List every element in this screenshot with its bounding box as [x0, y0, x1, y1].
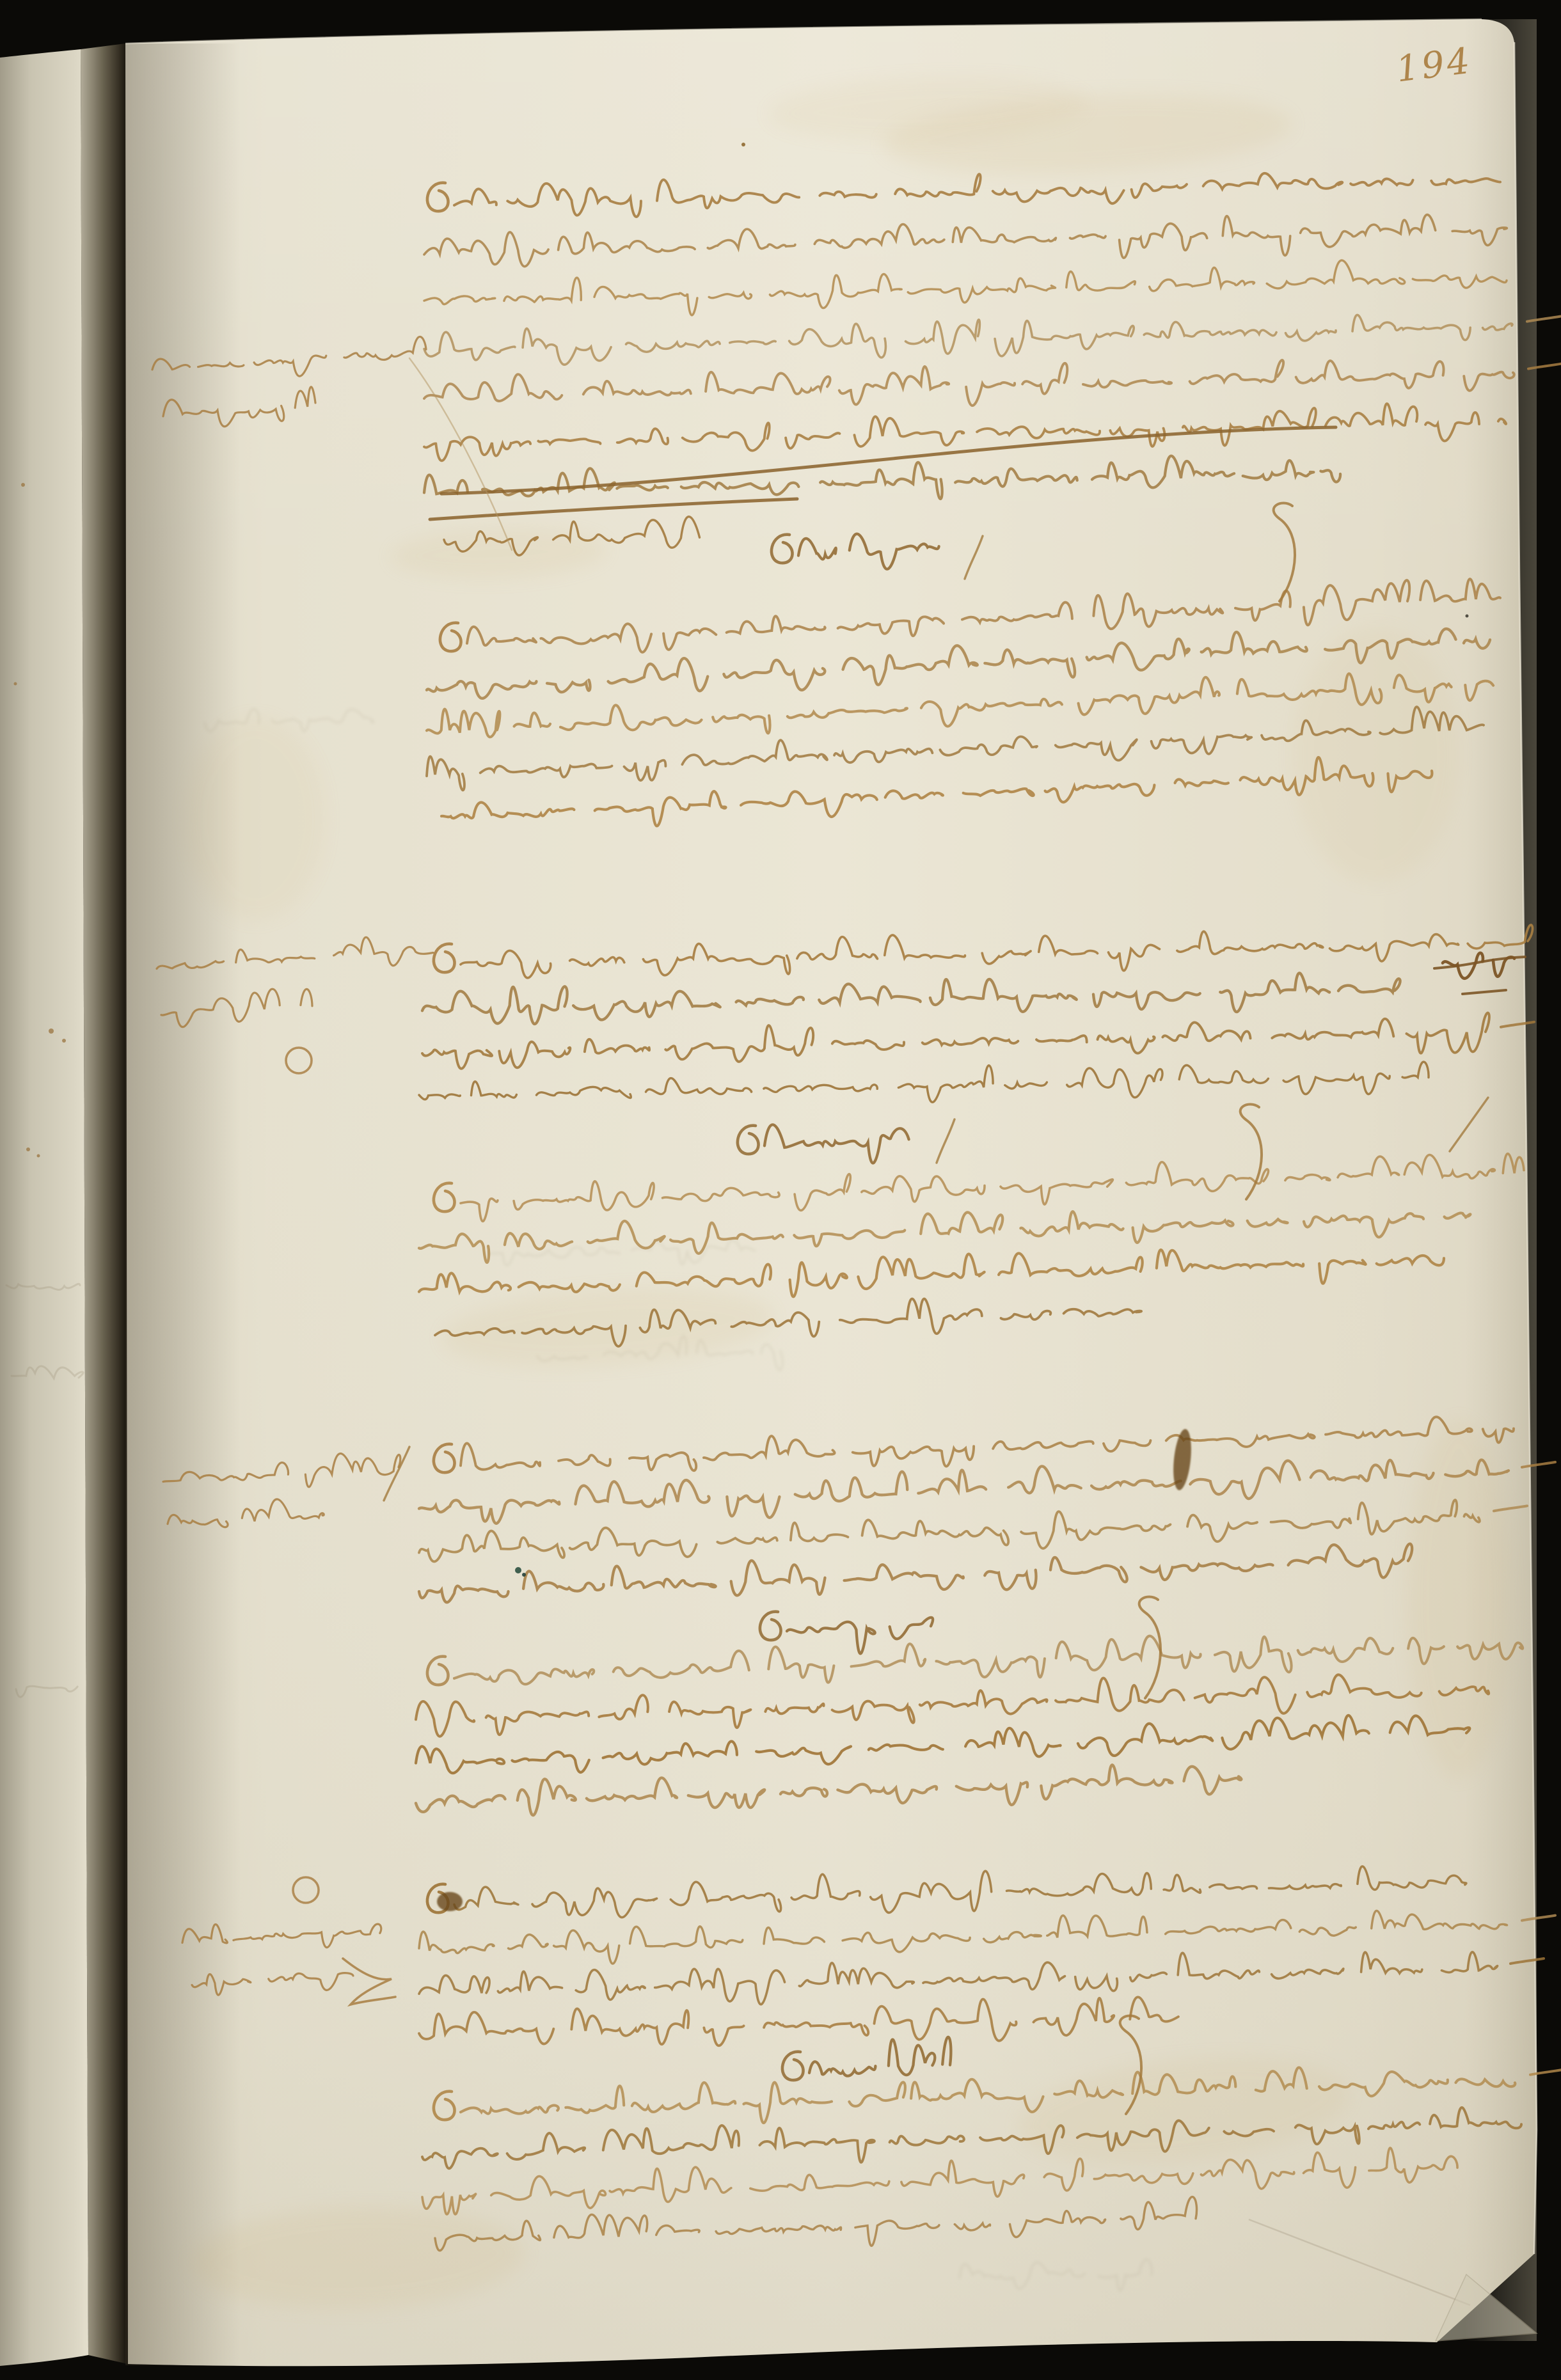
green-speck [522, 1573, 526, 1577]
manuscript-scan: 194 [0, 0, 1561, 2380]
right-edge-shade [1465, 19, 1537, 2341]
ink-dot [37, 1155, 40, 1158]
ink-dot [21, 483, 25, 487]
paper-stain [1292, 627, 1459, 883]
ink-dot [26, 1147, 30, 1151]
ink-blot [437, 1892, 463, 1911]
paper-speck [1466, 615, 1469, 618]
ink-dot [14, 682, 17, 686]
binding-gutter [81, 43, 128, 2364]
green-speck [515, 1567, 521, 1573]
paper-speck [741, 143, 745, 146]
ink-dot [62, 1039, 66, 1043]
ink-dot [49, 1028, 54, 1034]
gutter-inner-shadow [125, 43, 241, 2365]
manuscript-photo: 194 [0, 0, 1561, 2380]
previous-page-edge [0, 49, 88, 2366]
paper-stain [186, 716, 326, 921]
